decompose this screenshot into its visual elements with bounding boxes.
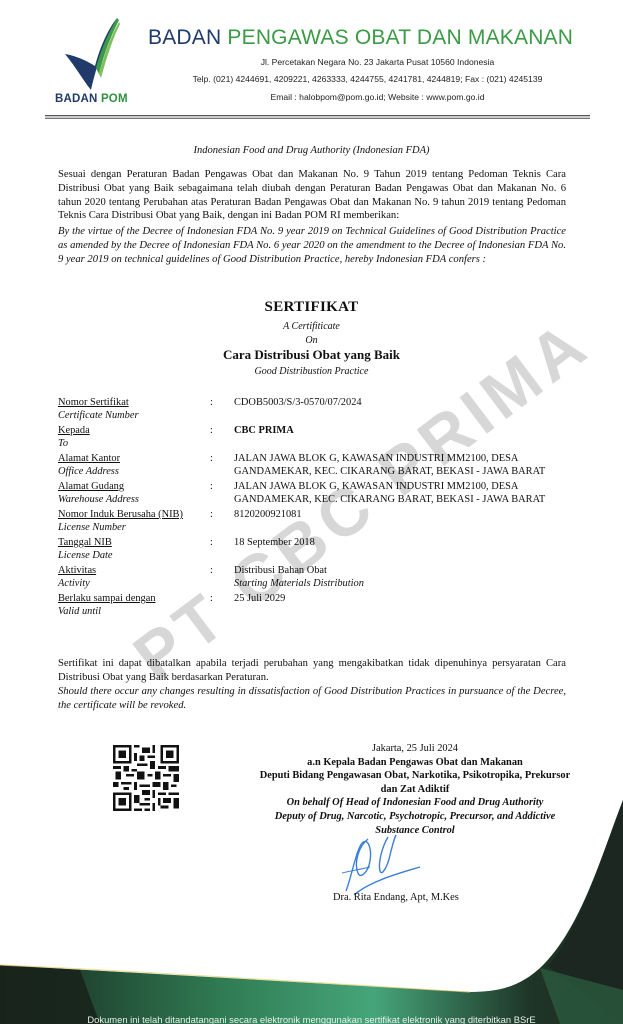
field-separator: : xyxy=(210,508,234,534)
letterhead: BADAN POM BADAN PENGAWAS OBAT DAN MAKANA… xyxy=(0,0,623,120)
field-license-number: Nomor Induk Berusaha (NIB)License Number… xyxy=(58,508,568,534)
field-label-en: License Number xyxy=(58,521,210,534)
field-label-en: To xyxy=(58,437,210,450)
field-value: 8120200921081 xyxy=(234,508,568,534)
field-value: JALAN JAWA BLOK G, KAWASAN INDUSTRI MM21… xyxy=(234,452,568,478)
certificate-on: On xyxy=(0,335,623,346)
field-label: Alamat Gudang xyxy=(58,481,124,492)
certificate-title: SERTIFIKAT xyxy=(0,299,623,316)
checkmark-logo-icon xyxy=(61,14,121,92)
field-separator: : xyxy=(210,452,234,478)
field-label: Nomor Induk Berusaha (NIB) xyxy=(58,509,183,520)
field-office-address: Alamat KantorOffice Address : JALAN JAWA… xyxy=(58,452,568,478)
certificate-scope-en: Good Distribustion Practice xyxy=(0,366,623,377)
certificate-title-en: A Certifiticate xyxy=(0,321,623,332)
certificate-fields: Nomor SertifikatCertificate Number : CDO… xyxy=(58,396,568,620)
field-label-en: License Date xyxy=(58,549,210,562)
field-label: Berlaku sampai dengan xyxy=(58,593,156,604)
field-value: Distribusi Bahan Obat xyxy=(234,565,327,576)
place-date: Jakarta, 25 Juli 2024 xyxy=(252,742,578,756)
field-value: JALAN JAWA BLOK G, KAWASAN INDUSTRI MM21… xyxy=(234,480,568,506)
field-recipient: KepadaTo : CBC PRIMA xyxy=(58,424,568,450)
field-separator: : xyxy=(210,480,234,506)
field-separator: : xyxy=(210,396,234,422)
logo-text: BADAN POM xyxy=(55,93,127,105)
field-warehouse-address: Alamat GudangWarehouse Address : JALAN J… xyxy=(58,480,568,506)
document-subtitle: Indonesian Food and Drug Authority (Indo… xyxy=(0,145,623,156)
field-value-en: Starting Materials Distribution xyxy=(234,577,568,590)
intro-paragraph-en: By the virtue of the Decree of Indonesia… xyxy=(58,225,566,266)
agency-contact: Email : halobpom@pom.go.id; Website : ww… xyxy=(150,92,605,102)
field-activity: AktivitasActivity : Distribusi Bahan Oba… xyxy=(58,564,568,590)
field-value: 18 September 2018 xyxy=(234,536,568,562)
intro-paragraph-id: Sesuai dengan Peraturan Badan Pengawas O… xyxy=(58,168,566,223)
field-separator: : xyxy=(210,424,234,450)
field-license-date: Tanggal NIBLicense Date : 18 September 2… xyxy=(58,536,568,562)
field-separator: : xyxy=(210,592,234,618)
electronic-signature-notice: Dokumen ini telah ditandatangani secara … xyxy=(0,1014,623,1024)
field-value: CBC PRIMA xyxy=(234,424,568,450)
field-valid-until: Berlaku sampai denganValid until : 25 Ju… xyxy=(58,592,568,618)
revocation-notice-id: Sertifikat ini dapat dibatalkan apabila … xyxy=(58,657,566,685)
on-behalf-id: a.n Kepala Badan Pengawas Obat dan Makan… xyxy=(252,756,578,770)
field-value: 25 Juli 2029 xyxy=(234,592,568,618)
field-certificate-number: Nomor SertifikatCertificate Number : CDO… xyxy=(58,396,568,422)
field-label-en: Warehouse Address xyxy=(58,493,210,506)
agency-name: BADAN PENGAWAS OBAT DAN MAKANAN xyxy=(148,26,573,50)
revocation-notice-en: Should there occur any changes resulting… xyxy=(58,685,566,713)
agency-address: Jl. Percetakan Negara No. 23 Jakarta Pus… xyxy=(150,57,605,67)
field-label-en: Certificate Number xyxy=(58,409,210,422)
field-label: Nomor Sertifikat xyxy=(58,397,129,408)
footer-wave-decoration xyxy=(0,780,623,1024)
certificate-scope: Cara Distribusi Obat yang Baik xyxy=(0,347,623,363)
field-label: Alamat Kantor xyxy=(58,453,120,464)
field-label-en: Activity xyxy=(58,577,210,590)
field-label-en: Valid until xyxy=(58,605,210,618)
field-separator: : xyxy=(210,564,234,590)
agency-phone: Telp. (021) 4244691, 4209221, 4263333, 4… xyxy=(140,74,595,84)
field-label: Tanggal NIB xyxy=(58,537,112,548)
field-separator: : xyxy=(210,536,234,562)
header-divider xyxy=(45,115,590,119)
field-label: Kepada xyxy=(58,425,90,436)
badan-pom-logo: BADAN POM xyxy=(55,14,127,104)
field-label-en: Office Address xyxy=(58,465,210,478)
field-value: CDOB5003/S/3-0570/07/2024 xyxy=(234,396,568,422)
field-label: Aktivitas xyxy=(58,565,96,576)
